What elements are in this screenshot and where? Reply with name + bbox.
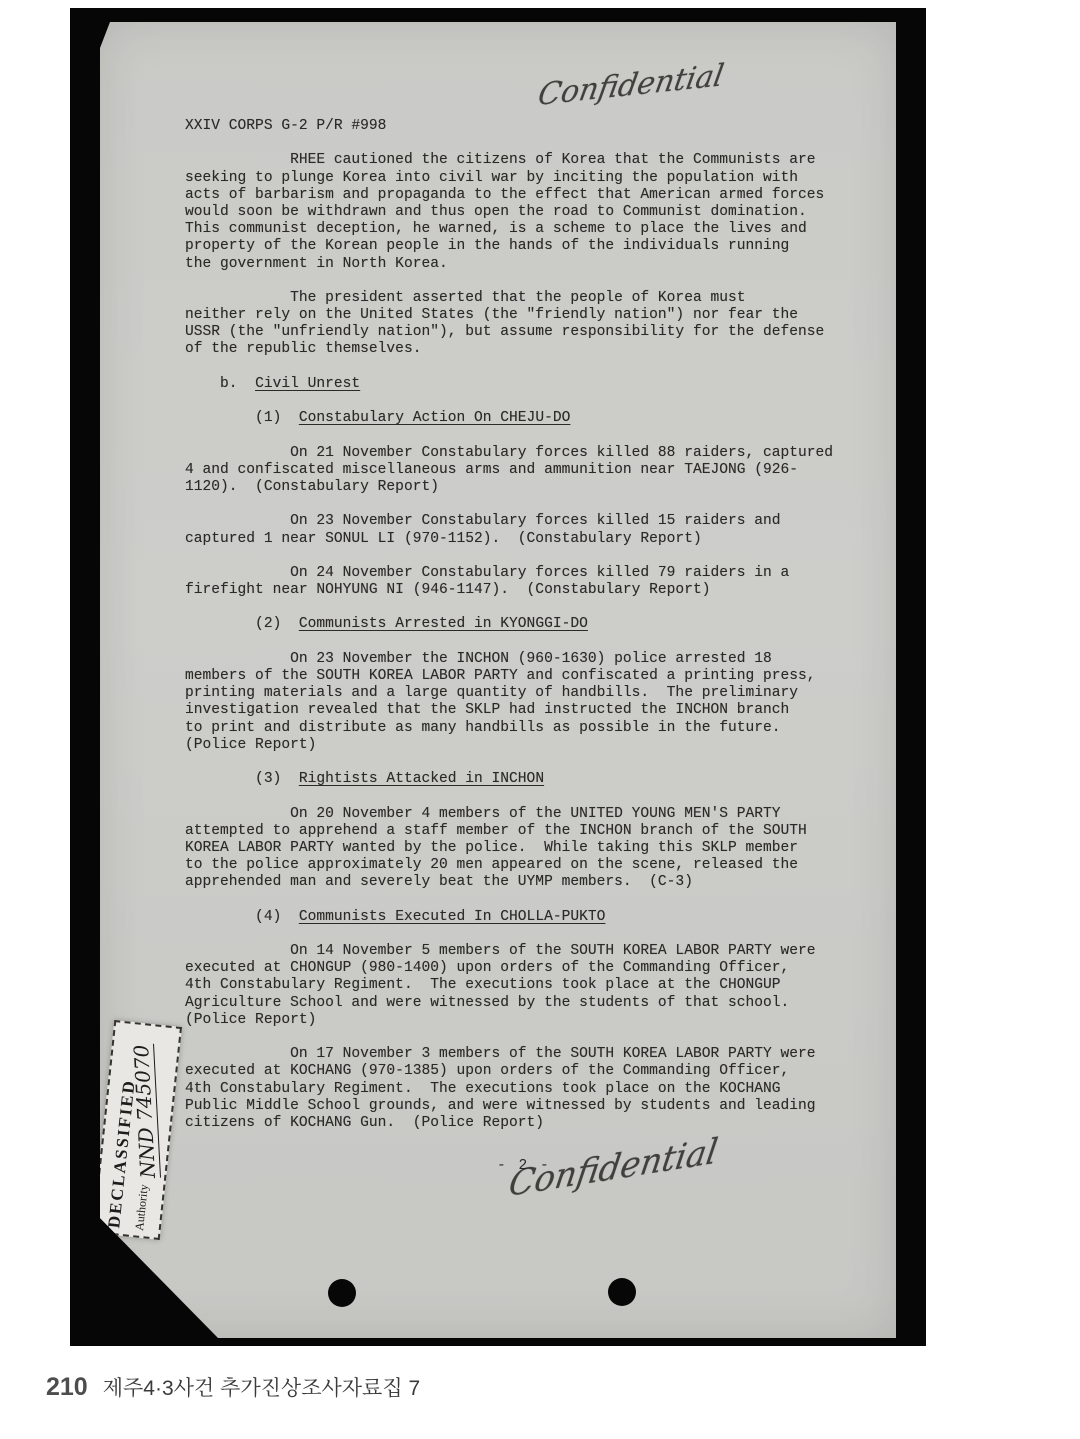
doc-line: (1) Constabulary Action On CHEJU-DO <box>185 410 865 427</box>
doc-line: acts of barbarism and propaganda to the … <box>185 187 865 204</box>
punch-hole-right <box>608 1278 636 1306</box>
book-title: 제주4·3사건 추가진상조사자료집 7 <box>103 1372 420 1402</box>
doc-line: citizens of KOCHANG Gun. (Police Report) <box>185 1115 865 1132</box>
book-caption: 210 제주4·3사건 추가진상조사자료집 7 <box>46 1372 420 1402</box>
doc-line: RHEE cautioned the citizens of Korea tha… <box>185 152 865 169</box>
doc-line: to the police approximately 20 men appea… <box>185 857 865 874</box>
doc-line: Agriculture School and were witnessed by… <box>185 995 865 1012</box>
doc-line: This communist deception, he warned, is … <box>185 221 865 238</box>
doc-line <box>185 599 865 616</box>
doc-line <box>185 135 865 152</box>
doc-line: property of the Korean people in the han… <box>185 238 865 255</box>
stamp-authority-label: Authority <box>132 1184 152 1232</box>
doc-line: captured 1 near SONUL LI (970-1152). (Co… <box>185 531 865 548</box>
doc-line: investigation revealed that the SKLP had… <box>185 702 865 719</box>
punch-hole-left <box>328 1279 356 1307</box>
doc-line: On 17 November 3 members of the SOUTH KO… <box>185 1046 865 1063</box>
doc-line: (3) Rightists Attacked in INCHON <box>185 771 865 788</box>
doc-line: (Police Report) <box>185 737 865 754</box>
doc-line <box>185 359 865 376</box>
document-paper: XXIV CORPS G-2 P/R #998 RHEE cautioned t… <box>100 22 896 1338</box>
doc-line: On 20 November 4 members of the UNITED Y… <box>185 806 865 823</box>
declassified-stamp-content: DECLASSIFIED Authority NND 745070 <box>104 1028 170 1232</box>
doc-line: printing materials and a large quantity … <box>185 685 865 702</box>
doc-line: (4) Communists Executed In CHOLLA-PUKTO <box>185 909 865 926</box>
doc-line <box>185 754 865 771</box>
doc-line: of the republic themselves. <box>185 341 865 358</box>
doc-line: On 23 November the INCHON (960-1630) pol… <box>185 651 865 668</box>
stamp-authority-number: NND 745070 <box>129 1044 161 1179</box>
book-page: XXIV CORPS G-2 P/R #998 RHEE cautioned t… <box>0 0 1080 1439</box>
doc-line <box>185 273 865 290</box>
doc-line: the government in North Korea. <box>185 256 865 273</box>
doc-line: b. Civil Unrest <box>185 376 865 393</box>
doc-line: neither rely on the United States (the "… <box>185 307 865 324</box>
doc-line <box>185 496 865 513</box>
handwritten-confidential-top: Confidential <box>535 58 726 113</box>
doc-line: (2) Communists Arrested in KYONGGI-DO <box>185 616 865 633</box>
doc-line <box>185 548 865 565</box>
doc-line: members of the SOUTH KOREA LABOR PARTY a… <box>185 668 865 685</box>
doc-line: On 21 November Constabulary forces kille… <box>185 445 865 462</box>
doc-line: On 14 November 5 members of the SOUTH KO… <box>185 943 865 960</box>
doc-line <box>185 1029 865 1046</box>
doc-line: seeking to plunge Korea into civil war b… <box>185 170 865 187</box>
doc-line: 4 and confiscated miscellaneous arms and… <box>185 462 865 479</box>
doc-line: On 23 November Constabulary forces kille… <box>185 513 865 530</box>
book-page-number: 210 <box>46 1373 88 1402</box>
doc-line: apprehended man and severely beat the UY… <box>185 874 865 891</box>
doc-line: to print and distribute as many handbill… <box>185 720 865 737</box>
doc-line: (Police Report) <box>185 1012 865 1029</box>
doc-line: USSR (the "unfriendly nation"), but assu… <box>185 324 865 341</box>
doc-line: would soon be withdrawn and thus open th… <box>185 204 865 221</box>
doc-line: The president asserted that the people o… <box>185 290 865 307</box>
doc-line <box>185 634 865 651</box>
doc-line: attempted to apprehend a staff member of… <box>185 823 865 840</box>
doc-line <box>185 926 865 943</box>
doc-line: 1120). (Constabulary Report) <box>185 479 865 496</box>
doc-line <box>185 788 865 805</box>
declassified-stamp: DECLASSIFIED Authority NND 745070 <box>92 1020 182 1240</box>
doc-line <box>185 891 865 908</box>
doc-line: 4th Constabulary Regiment. The execution… <box>185 977 865 994</box>
handwritten-confidential-bottom: Confidential <box>506 1131 721 1205</box>
doc-line: firefight near NOHYUNG NI (946-1147). (C… <box>185 582 865 599</box>
typed-document: XXIV CORPS G-2 P/R #998 RHEE cautioned t… <box>185 118 865 1132</box>
doc-line: XXIV CORPS G-2 P/R #998 <box>185 118 865 135</box>
doc-line: 4th Constabulary Regiment. The execution… <box>185 1081 865 1098</box>
doc-line: executed at KOCHANG (970-1385) upon orde… <box>185 1063 865 1080</box>
doc-line: On 24 November Constabulary forces kille… <box>185 565 865 582</box>
doc-line <box>185 427 865 444</box>
doc-line: KOREA LABOR PARTY wanted by the police. … <box>185 840 865 857</box>
doc-line <box>185 393 865 410</box>
doc-line: executed at CHONGUP (980-1400) upon orde… <box>185 960 865 977</box>
scan-background: XXIV CORPS G-2 P/R #998 RHEE cautioned t… <box>70 8 926 1346</box>
doc-line: Public Middle School grounds, and were w… <box>185 1098 865 1115</box>
